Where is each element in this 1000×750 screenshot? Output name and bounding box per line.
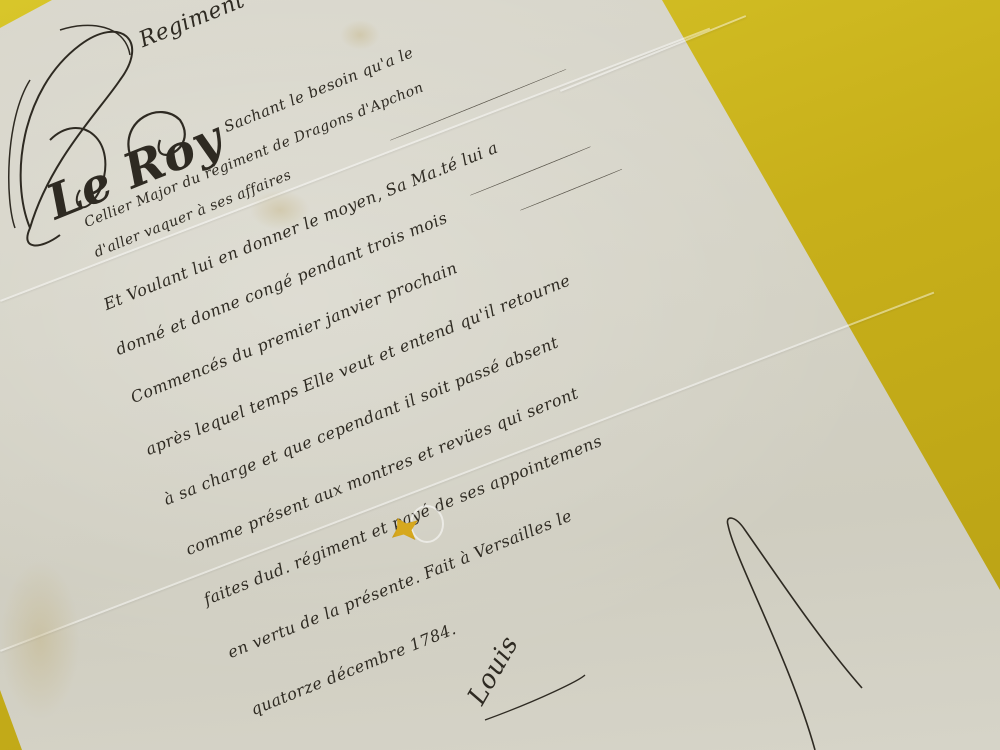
paper-stain — [0, 560, 80, 720]
paper-stain — [340, 20, 380, 50]
